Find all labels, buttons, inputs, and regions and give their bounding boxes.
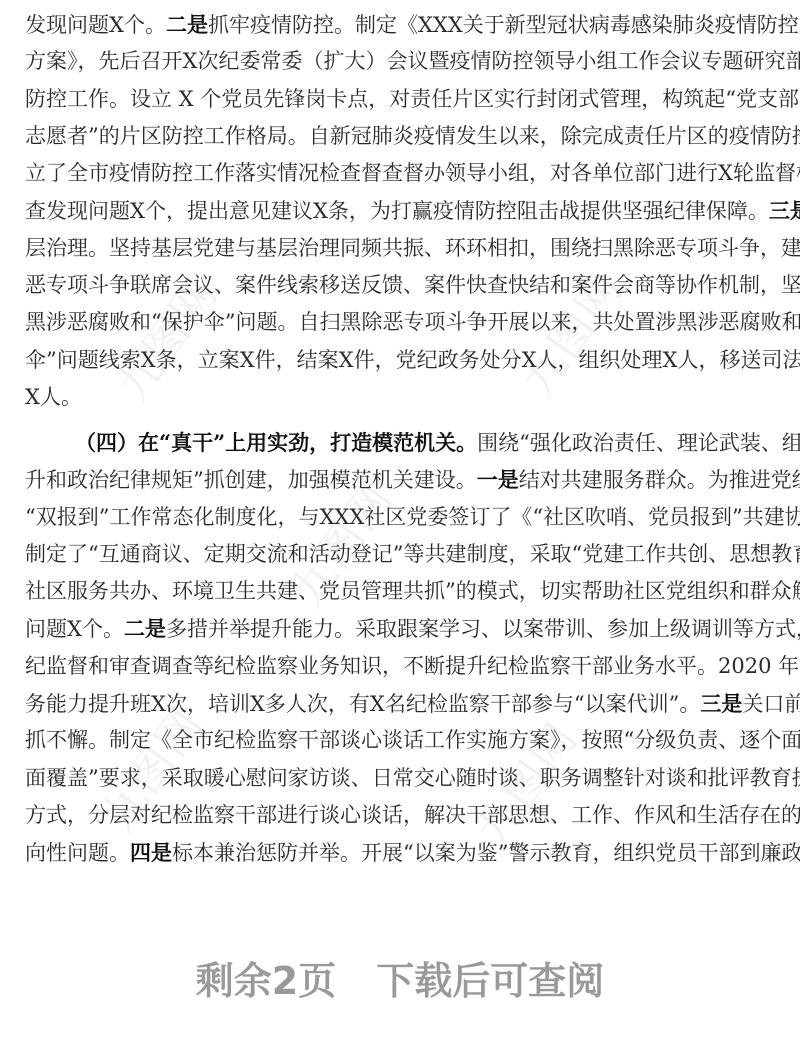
paragraph-epidemic-and-governance: 发现问题X个。二是抓牢疫情防控。制定《XXX关于新型冠状病毒感染肺炎疫情防控工作…: [25, 6, 775, 416]
text-line: 升和政治纪律规矩”抓创建，加强模范机关建设。一是结对共建服务群众。为推进党组织党…: [25, 461, 775, 498]
body-text: 围绕“强化政治责任、理论武装、组织力提: [477, 431, 800, 455]
bold-heading-text: 三是: [700, 691, 742, 716]
document-page: 九图网 九图网 九图网 九图网 九图网 发现问题X个。二是抓牢疫情防控。制定《X…: [0, 0, 800, 1058]
bold-heading-text: 二是: [124, 616, 166, 641]
text-line: 方式，分层对纪检监察干部进行谈心谈话，解决干部思想、工作、作风和生活存在的苗头性…: [25, 797, 775, 834]
text-line: 方案》，先后召开X次纪委常委（扩大）会议暨疫情防控领导小组工作会议专题研究部署疫…: [25, 43, 775, 80]
body-text: 制定了“互通商议、定期交流和活动登记”等共建制度，采取“党建工作共创、思想教育共…: [25, 542, 800, 566]
text-line: （四）在“真干”上用实劲，打造模范机关。围绕“强化政治责任、理论武装、组织力提: [25, 424, 775, 461]
text-line: 恶专项斗争联席会议、案件线索移送反馈、案件快查快结和案件会商等协作机制，坚决查处…: [25, 267, 775, 304]
body-text: 纪监督和审查调查等纪检监察业务知识，不断提升纪检监察干部业务水平。2020 年，…: [25, 654, 800, 678]
text-line: 社区服务共办、环境卫生共建、党员管理共抓”的模式，切实帮助社区党组织和群众解决实…: [25, 573, 775, 610]
body-text: 黑涉恶腐败和“保护伞”问题。自扫黑除恶专项斗争开展以来，共处置涉黑涉恶腐败和“保…: [25, 310, 800, 334]
text-line: 伞”问题线索X条，立案X件，结案X件，党纪政务处分X人，组织处理X人，移送司法机…: [25, 342, 775, 379]
bold-heading-text: 三是: [769, 198, 800, 223]
body-text: 防控工作。设立 X 个党员先锋岗卡点，对责任片区实行封闭式管理，构筑起“党支部+…: [25, 87, 800, 111]
bold-heading-text: 一是: [477, 467, 519, 492]
text-line: 面覆盖”要求，采取暖心慰问家访谈、日常交心随时谈、职务调整针对谈和批评教育提醒谈…: [25, 760, 775, 797]
text-line: 防控工作。设立 X 个党员先锋岗卡点，对责任片区实行封闭式管理，构筑起“党支部+…: [25, 81, 775, 118]
text-line: “双报到”工作常态化制度化，与XXX社区党委签订了《“社区吹哨、党员报到”共建协…: [25, 499, 775, 536]
body-text: 关口前移常: [742, 692, 800, 716]
bold-heading-text: 四是: [130, 840, 172, 865]
body-text: 方式，分层对纪检监察干部进行谈心谈话，解决干部思想、工作、作风和生活存在的苗头性…: [25, 803, 800, 827]
body-text: 多措并举提升能力。采取跟案学习、以案带训、参加上级调训等方式，紧扣执: [166, 617, 800, 641]
text-line: 层治理。坚持基层党建与基层治理同频共振、环环相扣，围绕扫黑除恶专项斗争，建立涉黑…: [25, 230, 775, 267]
text-line: 查发现问题X个，提出意见建议X条，为打赢疫情防控阻击战提供坚强纪律保障。三是抓实…: [25, 192, 775, 229]
body-text: 查发现问题X个，提出意见建议X条，为打赢疫情防控阻击战提供坚强纪律保障。: [25, 199, 769, 223]
body-text: 抓不懈。制定《全市纪检监察干部谈心谈话工作实施方案》，按照“分级负责、逐个面谈、…: [25, 728, 800, 752]
paragraph-model-organ: （四）在“真干”上用实劲，打造模范机关。围绕“强化政治责任、理论武装、组织力提升…: [25, 424, 775, 872]
body-text: 升和政治纪律规矩”抓创建，加强模范机关建设。: [25, 468, 477, 492]
body-text: 抓牢疫情防控。制定《XXX关于新型冠状病毒感染肺炎疫情防控工作实施: [208, 13, 800, 37]
body-text: 发现问题X个。: [25, 13, 166, 37]
body-text: 方案》，先后召开X次纪委常委（扩大）会议暨疫情防控领导小组工作会议专题研究部署疫…: [25, 49, 800, 73]
body-text: X人。: [25, 385, 82, 409]
body-text: 志愿者”的片区防控工作格局。自新冠肺炎疫情发生以来，除完成责任片区的疫情防控，还…: [25, 124, 800, 148]
text-line: 问题X个。二是多措并举提升能力。采取跟案学习、以案带训、参加上级调训等方式，紧扣…: [25, 610, 775, 647]
text-line: 纪监督和审查调查等纪检监察业务知识，不断提升纪检监察干部业务水平。2020 年，…: [25, 648, 775, 685]
body-text: 标本兼治惩防并举。开展“以案为鉴”警示教育，组织党员干部到廉政教育基: [172, 841, 800, 865]
bold-heading-text: 二是: [166, 12, 208, 37]
body-text: 面覆盖”要求，采取暖心慰问家访谈、日常交心随时谈、职务调整针对谈和批评教育提醒谈…: [25, 766, 800, 790]
body-text: “双报到”工作常态化制度化，与XXX社区党委签订了《“社区吹哨、党员报到”共建协…: [25, 505, 800, 529]
download-to-read-banner[interactable]: 剩余2页下载后可查阅: [0, 950, 800, 1005]
body-text: 结对共建服务群众。为推进党组织党员: [519, 468, 800, 492]
body-text: 问题X个。: [25, 617, 124, 641]
text-line: 务能力提升班X次，培训X多人次，有X名纪检监察干部参与“以案代训”。三是关口前移…: [25, 685, 775, 722]
download-action-label: 下载后可查阅: [376, 959, 604, 1003]
bold-heading-text: （四）在“真干”上用实劲，打造模范机关。: [75, 430, 477, 455]
text-line: 志愿者”的片区防控工作格局。自新冠肺炎疫情发生以来，除完成责任片区的疫情防控，还…: [25, 118, 775, 155]
text-line: 立了全市疫情防控工作落实情况检查督查督办领导小组，对各单位部门进行X轮监督检查，…: [25, 155, 775, 192]
text-line: 抓不懈。制定《全市纪检监察干部谈心谈话工作实施方案》，按照“分级负责、逐个面谈、…: [25, 722, 775, 759]
body-text: 社区服务共办、环境卫生共建、党员管理共抓”的模式，切实帮助社区党组织和群众解决实…: [25, 579, 800, 603]
text-line: X人。: [25, 379, 775, 416]
text-line: 制定了“互通商议、定期交流和活动登记”等共建制度，采取“党建工作共创、思想教育共…: [25, 536, 775, 573]
body-text: 恶专项斗争联席会议、案件线索移送反馈、案件快查快结和案件会商等协作机制，坚决查处…: [25, 273, 800, 297]
text-line: 向性问题。四是标本兼治惩防并举。开展“以案为鉴”警示教育，组织党员干部到廉政教育…: [25, 834, 775, 871]
body-text: 伞”问题线索X条，立案X件，结案X件，党纪政务处分X人，组织处理X人，移送司法机…: [25, 348, 800, 372]
remaining-pages-label: 剩余2页: [196, 959, 336, 1003]
text-line: 黑涉恶腐败和“保护伞”问题。自扫黑除恶专项斗争开展以来，共处置涉黑涉恶腐败和“保…: [25, 304, 775, 341]
body-text: 务能力提升班X次，培训X多人次，有X名纪检监察干部参与“以案代训”。: [25, 692, 700, 716]
body-text: 向性问题。: [25, 841, 130, 865]
body-text: 层治理。坚持基层党建与基层治理同频共振、环环相扣，围绕扫黑除恶专项斗争，建立涉黑…: [25, 236, 800, 260]
text-line: 发现问题X个。二是抓牢疫情防控。制定《XXX关于新型冠状病毒感染肺炎疫情防控工作…: [25, 6, 775, 43]
body-text: 立了全市疫情防控工作落实情况检查督查督办领导小组，对各单位部门进行X轮监督检查，…: [25, 161, 800, 185]
